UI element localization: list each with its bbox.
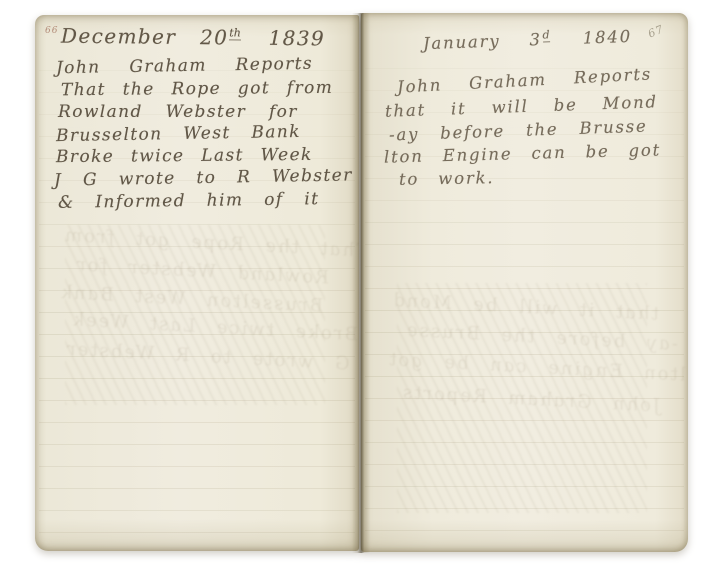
bleed-through-ghost: John Graham Reports [399, 382, 662, 416]
bleed-through-ghost: lton Engine can be got [385, 349, 687, 385]
manuscript-line: John Graham Reports [56, 56, 313, 77]
folio-number-right: 67 [647, 23, 666, 39]
manuscript-line: J G wrote to R Webster [54, 167, 353, 189]
date-main: January 3 [423, 30, 542, 53]
manuscript-line: Rowland Webster for [58, 104, 298, 121]
book-gutter [352, 13, 370, 553]
bleed-through-smudge [65, 225, 325, 405]
right-page: 67 January 3d 1840 John Graham Reports t… [361, 13, 688, 552]
entry-date-right: January 3d 1840 [423, 26, 633, 52]
photo-background: 66 December 20th 1839 John Graham Report… [0, 0, 709, 576]
notebook-spread: 66 December 20th 1839 John Graham Report… [35, 13, 688, 553]
date-main: December 20 [61, 24, 229, 50]
folio-number-left: 66 [45, 27, 58, 36]
bleed-through-ghost: -ay before the Brusse [403, 320, 680, 355]
date-superscript: d [542, 28, 550, 42]
date-superscript: th [229, 27, 241, 41]
bleed-through-ghost: Rowland Webster for [73, 254, 331, 288]
bleed-through-smudge [397, 283, 647, 513]
manuscript-line: -ay before the Brusse [389, 118, 648, 144]
bleed-through-ghost: Broke twice Last Week [69, 310, 359, 346]
bleed-through-ghost: that it will be Mond [389, 290, 661, 325]
manuscript-line: That the Rope got from [61, 80, 333, 99]
manuscript-line: to work. [399, 170, 495, 188]
left-page: 66 December 20th 1839 John Graham Report… [35, 15, 359, 551]
date-year: 1839 [268, 26, 325, 51]
date-year: 1840 [582, 27, 632, 48]
manuscript-line: Broke twice Last Week [56, 147, 313, 166]
manuscript-line: lton Engine can be got [384, 142, 661, 166]
manuscript-line: John Graham Reports [397, 66, 653, 96]
manuscript-line: that it will be Mond [385, 94, 658, 120]
bleed-through-ghost: Brusselton West Bank [57, 282, 325, 317]
bleed-through-ghost: J G wrote to R Webster [63, 339, 359, 376]
manuscript-line: & Informed him of it [58, 191, 320, 212]
manuscript-line: Brusselton West Bank [56, 124, 301, 145]
entry-date-left: December 20th 1839 [61, 26, 325, 49]
bleed-through-ghost: That the Rope got from [61, 225, 359, 262]
